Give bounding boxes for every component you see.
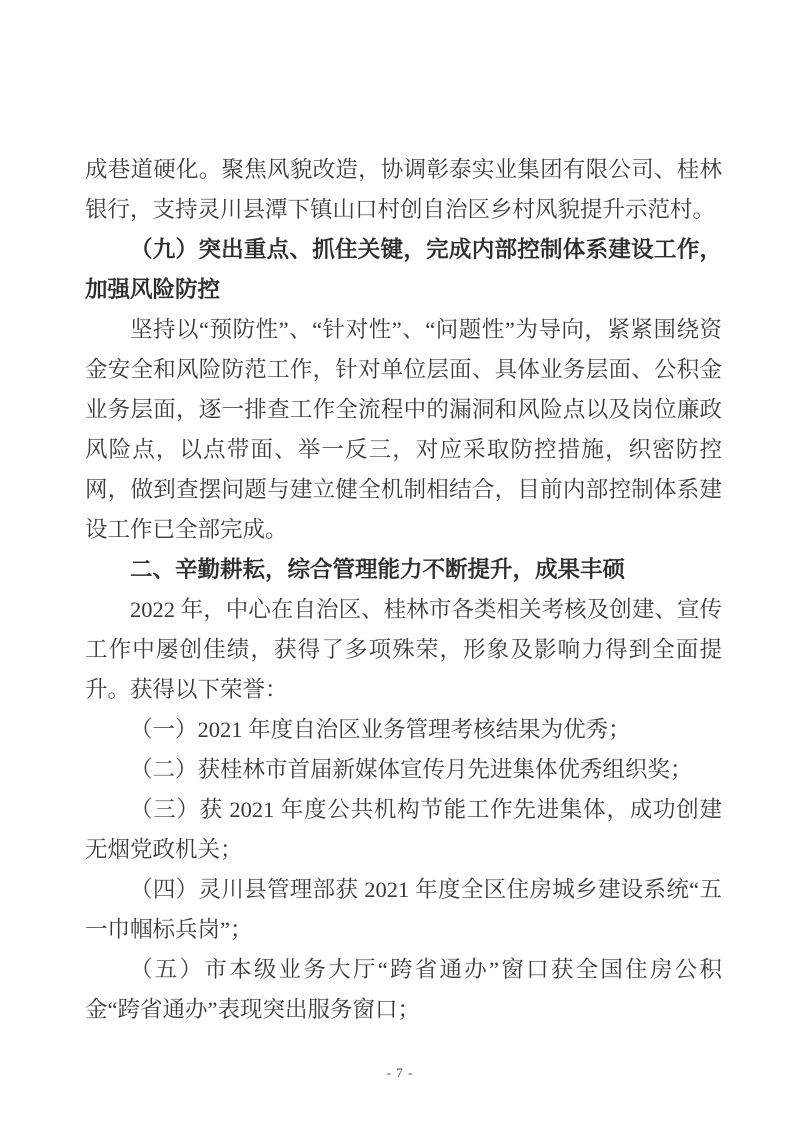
page-body-text: 成巷道硬化。聚焦风貌改造，协调彰泰实业集团有限公司、桂林银行，支持灵川县潭下镇山…: [85, 150, 722, 1030]
honor-item-3: （三）获 2021 年度公共机构节能工作先进集体，成功创建无烟党政机关；: [85, 790, 722, 870]
section-heading-two: 二、辛勤耕耘，综合管理能力不断提升，成果丰硕: [85, 550, 722, 590]
page-number: - 7 -: [0, 1065, 800, 1081]
body-paragraph-honors-intro: 2022 年，中心在自治区、桂林市各类相关考核及创建、宣传工作中屡创佳绩，获得了…: [85, 590, 722, 710]
section-heading-nine: （九）突出重点、抓住关键，完成内部控制体系建设工作，加强风险防控: [85, 230, 722, 310]
honor-item-2: （二）获桂林市首届新媒体宣传月先进集体优秀组织奖；: [85, 750, 722, 790]
body-paragraph-continuation: 成巷道硬化。聚焦风貌改造，协调彰泰实业集团有限公司、桂林银行，支持灵川县潭下镇山…: [85, 150, 722, 230]
document-page: 成巷道硬化。聚焦风貌改造，协调彰泰实业集团有限公司、桂林银行，支持灵川县潭下镇山…: [0, 0, 800, 1132]
honor-item-1: （一）2021 年度自治区业务管理考核结果为优秀；: [85, 710, 722, 750]
honor-item-5: （五）市本级业务大厅“跨省通办”窗口获全国住房公积金“跨省通办”表现突出服务窗口…: [85, 950, 722, 1030]
honor-item-4: （四）灵川县管理部获 2021 年度全区住房城乡建设系统“五一巾帼标兵岗”；: [85, 870, 722, 950]
body-paragraph-internal-control: 坚持以“预防性”、“针对性”、“问题性”为导向，紧紧围绕资金安全和风险防范工作，…: [85, 310, 722, 550]
